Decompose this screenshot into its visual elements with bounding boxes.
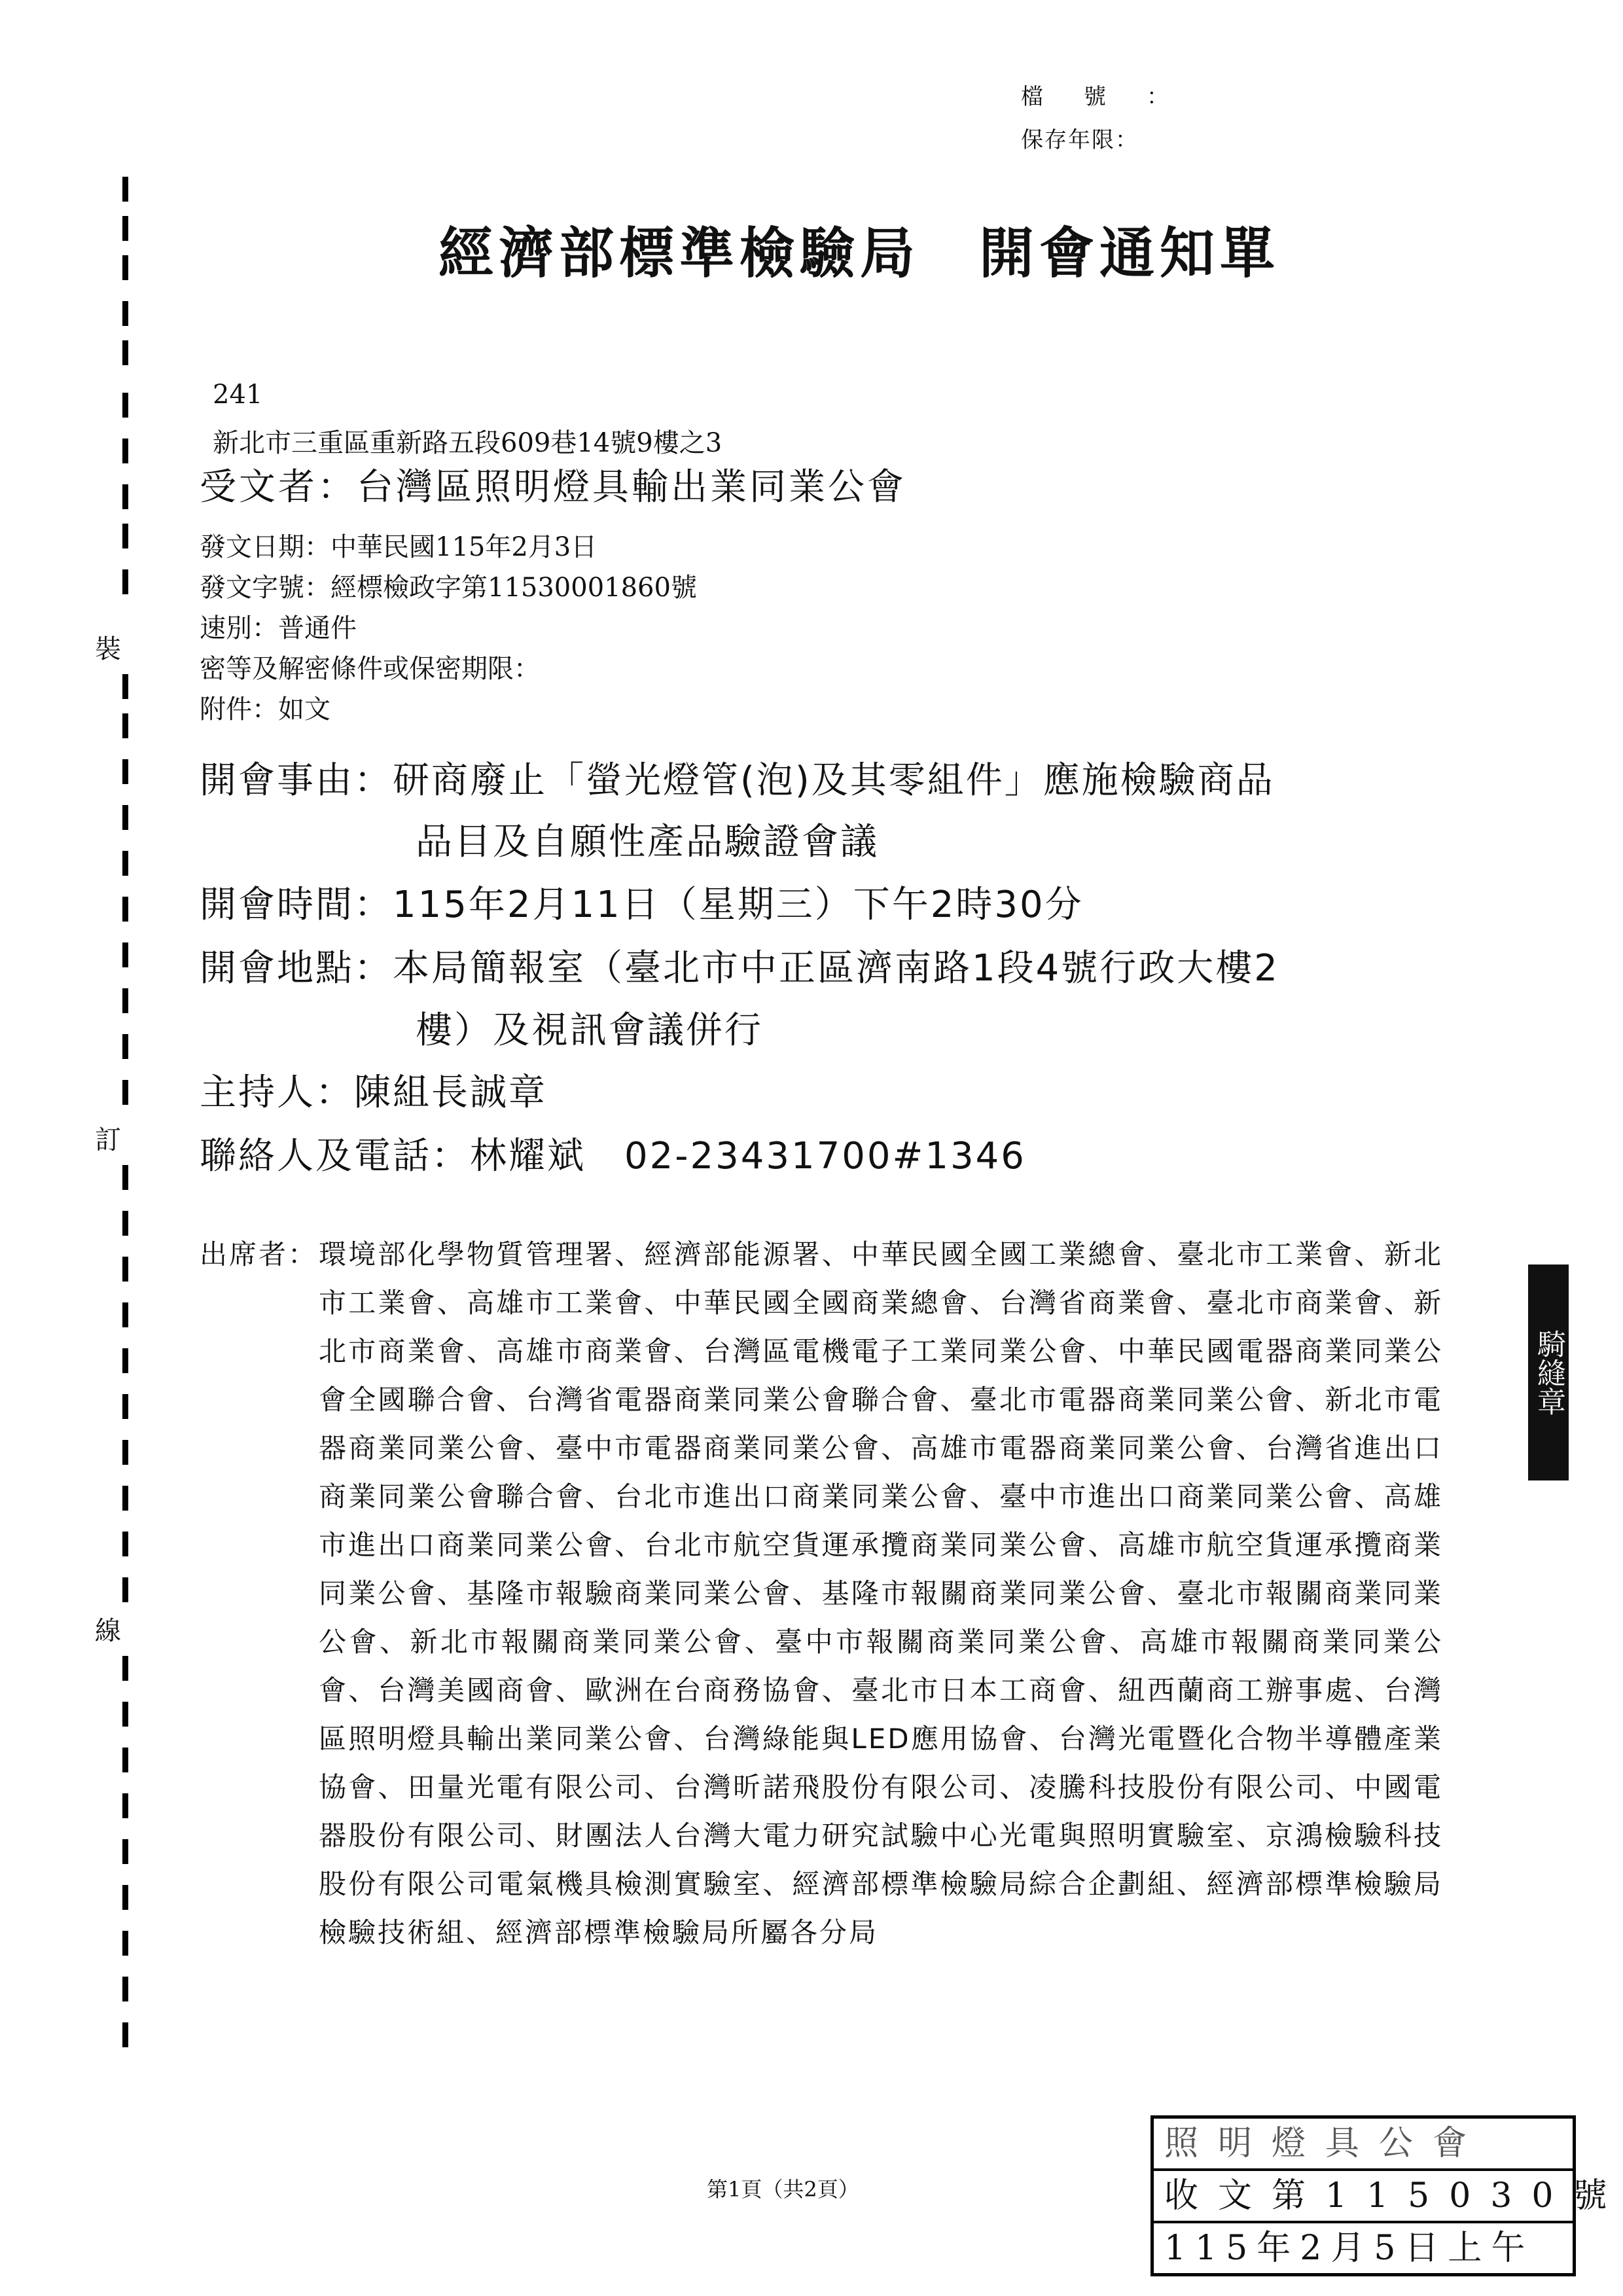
binding-dash (122, 1080, 128, 1105)
binding-dash (122, 1656, 128, 1681)
meeting-place-label: 開會地點： (200, 947, 393, 990)
binding-label-xian: 線 (95, 1610, 121, 1647)
binding-dash (122, 1931, 128, 1956)
binding-dash (122, 1211, 128, 1236)
binding-dash (122, 1577, 128, 1602)
attachment: 附件：如文 (200, 689, 697, 730)
postal-code: 241 (213, 380, 262, 410)
binding-dash (122, 1302, 128, 1327)
binding-dash (122, 569, 128, 594)
attendees-list: 環境部化學物質管理署、經濟部能源署、中華民國全國工業總會、臺北市工業會、新北市工… (319, 1230, 1443, 1957)
binding-dash (122, 177, 128, 202)
meeting-time-label: 開會時間： (200, 884, 393, 926)
binding-dash (122, 988, 128, 1013)
meeting-contact: 聯絡人及電話：林耀斌 02-23431700#1346 (200, 1127, 1026, 1179)
attachment-label: 附件： (200, 694, 278, 725)
binding-dash (122, 216, 128, 241)
meeting-chair-value: 陳組長誠章 (354, 1071, 547, 1114)
page-title: 經濟部標準檢驗局開會通知單 (438, 209, 1280, 289)
file-meta: 檔號： 保存年限： (1021, 75, 1209, 162)
receipt-stamp-date: 115年2月5日上午 (1154, 2223, 1573, 2273)
binding-dash (122, 1793, 128, 1818)
binding-dash (122, 393, 128, 418)
binding-dash (122, 759, 128, 784)
binding-dash (122, 1977, 128, 2001)
issue-date-label: 發文日期： (200, 532, 330, 562)
page-indicator: 第1頁（共2頁） (707, 2173, 859, 2203)
attendees-label: 出席者： (200, 1230, 317, 1279)
binding-dash (122, 1532, 128, 1556)
binding-dash (122, 1486, 128, 1511)
meeting-time-value: 115年2月11日（星期三）下午2時30分 (393, 884, 1084, 926)
receipt-stamp-org: 照明燈具公會 (1154, 2119, 1573, 2171)
binding-label-ding: 訂 (95, 1119, 121, 1157)
priority: 速別：普通件 (200, 608, 697, 649)
binding-dash (122, 1394, 128, 1419)
seam-stamp: 騎縫章 (1528, 1265, 1569, 1480)
binding-dash (122, 851, 128, 876)
binding-margin: 裝 訂 線 (115, 177, 141, 2062)
attachment-value: 如文 (278, 694, 330, 725)
recipient-address: 新北市三重區重新路五段609巷14號9樓之3 (213, 422, 722, 459)
priority-value: 普通件 (278, 613, 357, 643)
meeting-place-line2: 樓）及視訊會議併行 (416, 1001, 763, 1054)
binding-dash (122, 2022, 128, 2047)
binding-dash (122, 1748, 128, 1772)
binding-label-zhuang: 裝 (95, 628, 121, 666)
meeting-chair: 主持人：陳組長誠章 (200, 1064, 547, 1116)
document-number-value: 經標檢政字第11530001860號 (330, 573, 697, 603)
receipt-stamp: 照明燈具公會 收文第115030號 115年2月5日上午 (1150, 2115, 1576, 2276)
receipt-stamp-number: 收文第115030號 (1154, 2171, 1573, 2223)
binding-dash (122, 524, 128, 548)
meeting-chair-label: 主持人： (200, 1071, 354, 1114)
issue-date-value: 中華民國115年2月3日 (330, 532, 597, 562)
binding-dash (122, 1034, 128, 1059)
binding-dash (122, 674, 128, 699)
document-type: 開會通知單 (979, 221, 1280, 285)
binding-dash (122, 340, 128, 365)
binding-dash (122, 897, 128, 922)
meeting-subject-line1: 研商廢止「螢光燈管(泡)及其零組件」應施檢驗商品 (393, 759, 1275, 802)
binding-dash (122, 1348, 128, 1373)
binding-dash (122, 255, 128, 280)
binding-dash (122, 1165, 128, 1190)
binding-dash (122, 1839, 128, 1864)
retention-period-label: 保存年限： (1021, 118, 1209, 162)
confidentiality-label: 密等及解密條件或保密期限： (200, 654, 540, 684)
binding-dash (122, 713, 128, 738)
document-meta: 發文日期：中華民國115年2月3日 發文字號：經標檢政字第11530001860… (200, 527, 697, 730)
confidentiality: 密等及解密條件或保密期限： (200, 649, 697, 689)
meeting-contact-value: 林耀斌 02-23431700#1346 (470, 1135, 1026, 1177)
document-number-label: 發文字號： (200, 573, 330, 603)
recipient: 受文者：台灣區照明燈具輸出業同業公會 (200, 458, 906, 511)
document-number: 發文字號：經標檢政字第11530001860號 (200, 567, 697, 608)
meeting-contact-label: 聯絡人及電話： (200, 1135, 470, 1177)
meeting-place-line1: 本局簡報室（臺北市中正區濟南路1段4號行政大樓2 (393, 947, 1279, 990)
binding-dash (122, 1885, 128, 1910)
binding-dash (122, 301, 128, 326)
meeting-place: 開會地點：本局簡報室（臺北市中正區濟南路1段4號行政大樓2 (200, 939, 1279, 992)
issue-date: 發文日期：中華民國115年2月3日 (200, 527, 697, 567)
binding-dash (122, 1257, 128, 1282)
binding-dash (122, 484, 128, 509)
binding-dash (122, 942, 128, 967)
meeting-time: 開會時間：115年2月11日（星期三）下午2時30分 (200, 876, 1084, 928)
file-number-label: 檔號： (1021, 75, 1209, 118)
binding-dash (122, 1440, 128, 1465)
meeting-subject: 開會事由：研商廢止「螢光燈管(泡)及其零組件」應施檢驗商品 (200, 751, 1275, 804)
binding-dash (122, 1702, 128, 1727)
binding-dash (122, 439, 128, 463)
meeting-subject-line2: 品目及自願性產品驗證會議 (416, 813, 879, 865)
binding-dash (122, 805, 128, 830)
priority-label: 速別： (200, 613, 278, 643)
agency-name: 經濟部標準檢驗局 (438, 221, 920, 285)
attendees: 出席者： 環境部化學物質管理署、經濟部能源署、中華民國全國工業總會、臺北市工業會… (200, 1230, 1443, 1957)
meeting-subject-label: 開會事由： (200, 759, 393, 802)
